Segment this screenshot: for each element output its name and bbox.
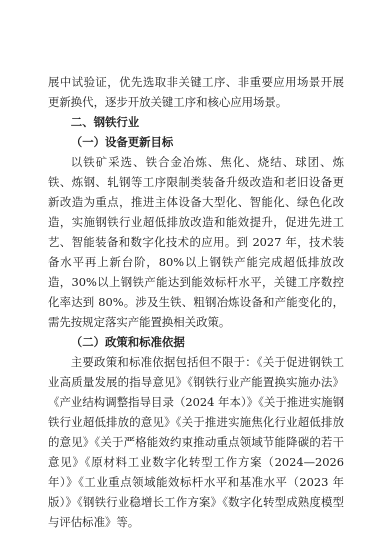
paragraph-continuation: 展中试验证，优先选取非关键工序、非重要应用场景开展更新换代，逐步开放关键工序和核… xyxy=(48,72,344,112)
document-page: 展中试验证，优先选取非关键工序、非重要应用场景开展更新换代，逐步开放关键工序和核… xyxy=(0,0,390,551)
subsection-heading-policy-basis: （二）政策和标准依据 xyxy=(48,332,344,352)
page-body: 展中试验证，优先选取非关键工序、非重要应用场景开展更新换代，逐步开放关键工序和核… xyxy=(48,72,344,532)
paragraph-equipment-goals: 以铁矿采选、铁合金冶炼、焦化、烧结、球团、炼铁、炼钢、轧钢等工序限制类装备升级改… xyxy=(48,152,344,332)
section-heading-steel-industry: 二、钢铁行业 xyxy=(48,112,344,132)
page-number: 4 xyxy=(0,500,390,506)
subsection-heading-equipment-goals: （一）设备更新目标 xyxy=(48,132,344,152)
